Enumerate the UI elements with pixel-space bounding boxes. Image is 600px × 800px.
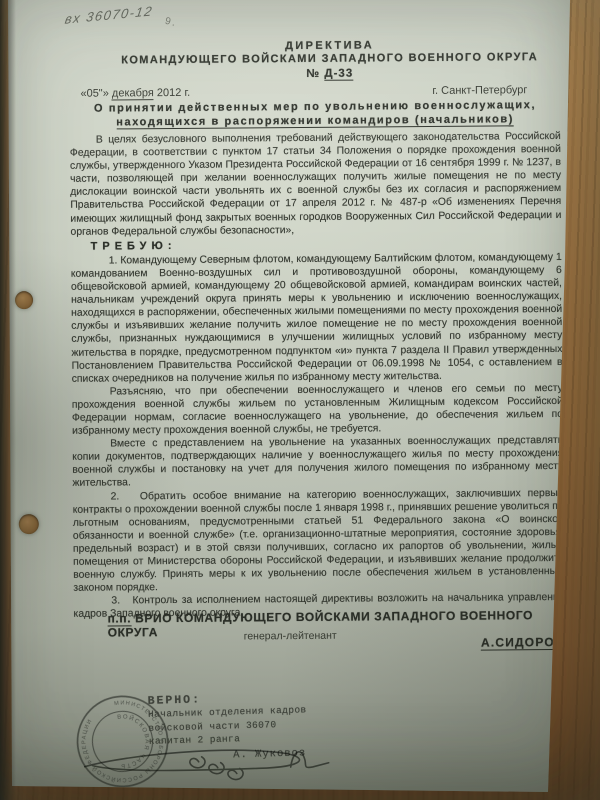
doc-date-year: 2012 г. xyxy=(157,87,190,99)
date-place-row: «05"» декабря 2012 г. г. Санкт-Петербург xyxy=(69,84,560,100)
doc-number: № Д-33 xyxy=(99,66,560,82)
hole-punch-top xyxy=(15,291,33,309)
signer-name-text: А.СИДОРОВ xyxy=(481,635,565,651)
document-content: вх 36070-12 9. ДИРЕКТИВА КОМАНДУЮЩЕГО ВО… xyxy=(0,0,600,800)
doc-number-value: Д-33 xyxy=(324,68,353,81)
doc-body: В целях безусловного выполнения требован… xyxy=(70,130,565,621)
hole-punch-bottom xyxy=(19,514,39,534)
item-1-clarification-paragraph: Разъясняю, что при обеспечении военнослу… xyxy=(72,382,563,438)
doc-place: г. Санкт-Петербург xyxy=(432,84,527,97)
item-2-paragraph: 2. Обратить особое внимание на категорию… xyxy=(73,486,565,595)
doc-subject-line1: О принятии действенных мер по увольнению… xyxy=(70,99,561,115)
pp-abbreviation: п.п. xyxy=(107,611,131,626)
doc-date-day: «05"» xyxy=(80,87,108,99)
doc-date-month: декабря xyxy=(112,87,154,100)
photo-of-document: { "note": { "text": "вх 36070-12", "smud… xyxy=(0,0,600,800)
doc-subject-line2: находящихся в распоряжении командиров (н… xyxy=(70,113,561,129)
handwritten-registration-note: вх 36070-12 xyxy=(64,3,154,27)
doc-issuer-title: КОМАНДУЮЩЕГО ВОЙСКАМИ ЗАПАДНОГО ВОЕННОГО… xyxy=(99,51,560,67)
photo-edge-shadow xyxy=(0,0,16,800)
signer-name: А.СИДОРОВ xyxy=(74,635,565,653)
preamble-paragraph: В целях безусловного выполнения требован… xyxy=(70,130,562,239)
doc-subject-line2-text: находящихся в распоряжении командиров (н… xyxy=(116,113,514,129)
ink-smudge: 9. xyxy=(164,16,179,30)
document-paper: вх 36070-12 9. ДИРЕКТИВА КОМАНДУЮЩЕГО ВО… xyxy=(0,0,600,800)
doc-number-label: № xyxy=(306,68,320,80)
doc-date: «05"» декабря 2012 г. xyxy=(80,87,190,100)
handwritten-signature-icon xyxy=(78,736,338,784)
item-1-paragraph: 1. Командующему Северным флотом, команду… xyxy=(71,251,563,386)
item-1-documents-paragraph: Вместе с представлением на увольнение на… xyxy=(72,434,563,490)
